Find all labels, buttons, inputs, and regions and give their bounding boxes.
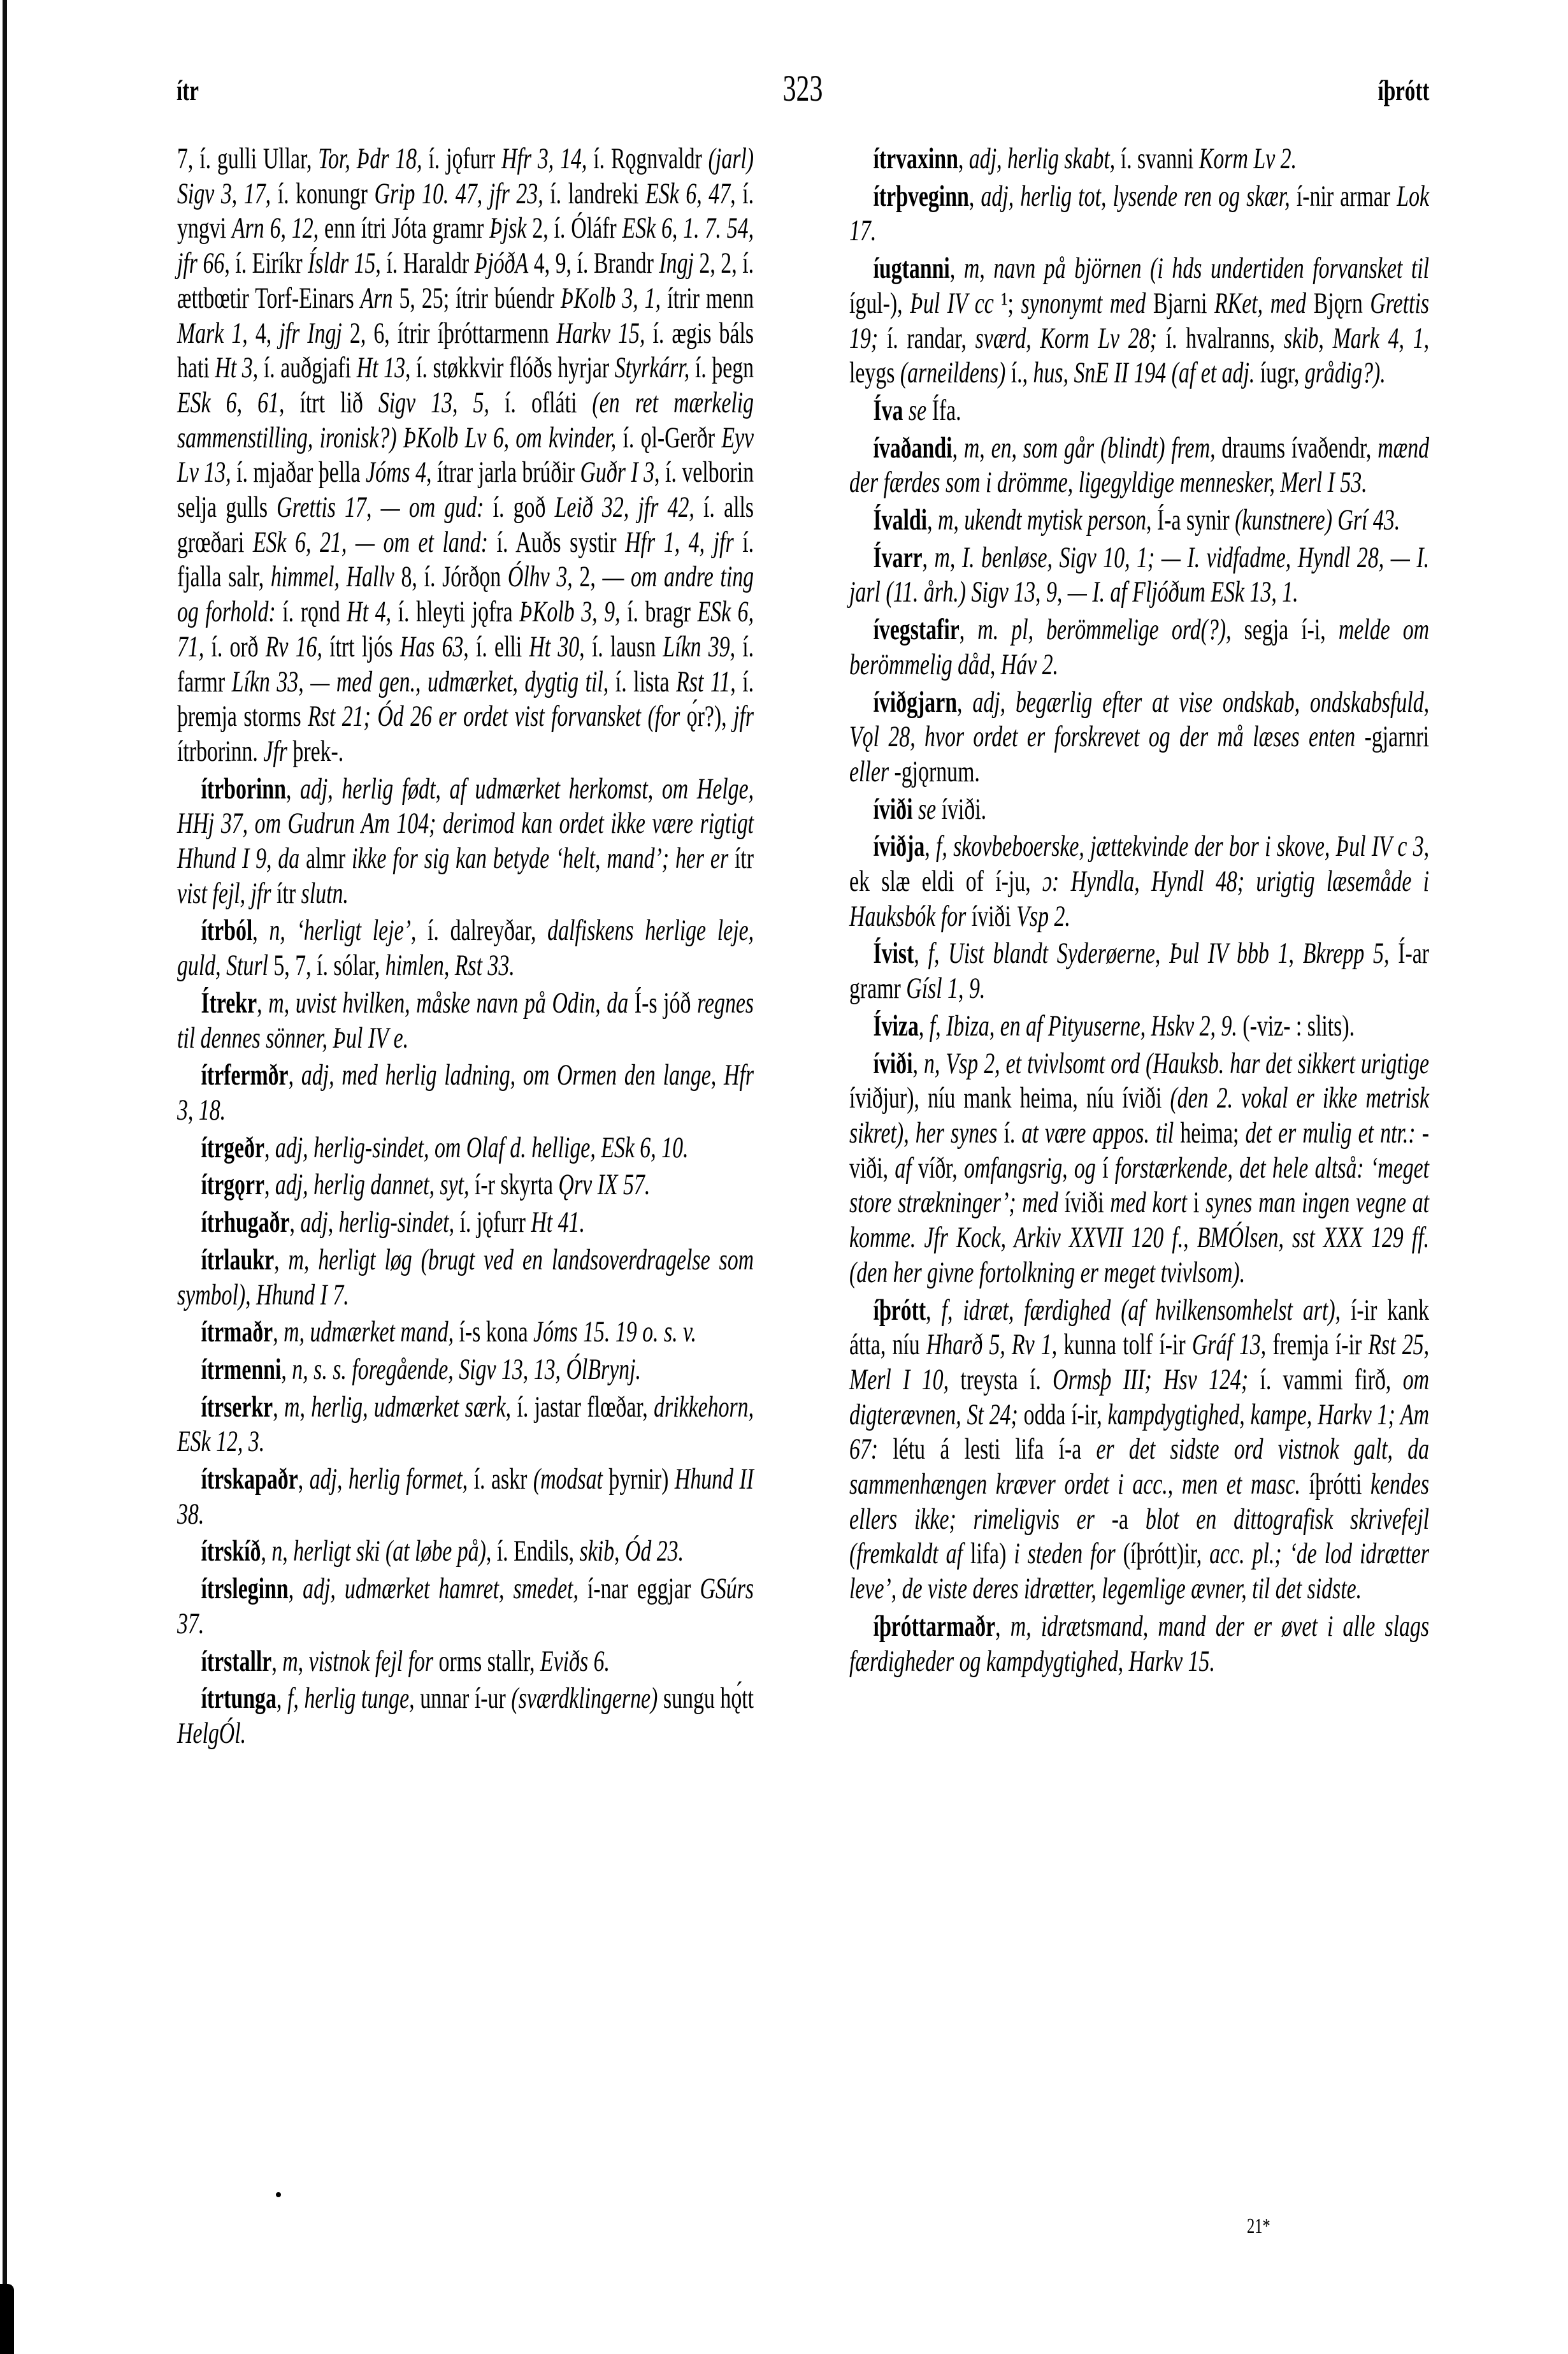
italic-gloss: grådig?).: [1305, 356, 1386, 389]
italic-gloss: n, Vsp 2, et tvivlsomt ord (Hauksb. har …: [924, 1047, 1429, 1080]
roman-text: fremja í-ir: [1266, 1328, 1368, 1361]
roman-text: í. orð: [204, 630, 265, 663]
headword: ítrskíð: [201, 1534, 261, 1568]
headword: ítrstallr: [201, 1645, 271, 1678]
roman-text: í. svanni: [1115, 142, 1199, 175]
italic-gloss: (kunstnere) Grí 43.: [1235, 503, 1400, 537]
headword: ítrból: [201, 914, 252, 947]
signature-mark: 21*: [1247, 2214, 1270, 2239]
italic-gloss: af: [895, 1152, 911, 1185]
roman-text: í. landreki: [543, 177, 645, 210]
dictionary-entry: ítrstallr, m, vistnok fejl for orms stal…: [177, 1644, 754, 1679]
dictionary-entry: íviði, n, Vsp 2, et tvivlsomt ord (Hauks…: [849, 1046, 1429, 1290]
roman-text: í. jastar flœðar,: [511, 1390, 654, 1424]
italic-gloss: Rv 16,: [266, 630, 322, 663]
italic-gloss: m, udmærket mand,: [284, 1315, 454, 1348]
italic-gloss: Líkn 39,: [663, 630, 735, 663]
roman-text: ,: [995, 1610, 1011, 1643]
roman-text: ,: [281, 1353, 292, 1386]
headword: íviðgjarn: [873, 686, 957, 719]
roman-text: Í-a synir: [1152, 503, 1235, 537]
roman-text: íþrótti: [1300, 1468, 1370, 1501]
left-column: 7, í. gulli Ullar, Tor, Þdr 18, í. jǫfur…: [177, 141, 754, 1754]
italic-gloss: Ingj: [659, 247, 694, 280]
italic-gloss: Mark 1,: [177, 317, 248, 350]
headword: íviðja: [873, 830, 924, 863]
italic-gloss: Eviðs 6.: [540, 1645, 610, 1678]
roman-text: í. Endils,: [491, 1534, 579, 1568]
roman-text: ,: [273, 1315, 284, 1348]
italic-gloss: himmel, Hallv: [271, 560, 394, 593]
roman-text: [912, 793, 917, 826]
roman-text: ,: [264, 1168, 275, 1201]
italic-gloss: Ht 3,: [215, 351, 258, 384]
roman-text: unnar í-ur: [415, 1682, 512, 1715]
headword: ítrmaðr: [201, 1315, 273, 1348]
roman-text: í. Rǫgnvaldr: [587, 142, 708, 175]
roman-text: íugr,: [1255, 356, 1305, 389]
italic-gloss: ESk 6, 21, — om et land:: [253, 526, 488, 559]
roman-text: ,: [274, 1243, 288, 1276]
dictionary-entry: íþrótt, f, idræt, færdighed (af hvilkens…: [849, 1293, 1429, 1607]
roman-text: ,: [290, 1206, 301, 1239]
italic-gloss: n, herligt ski (at løbe på),: [271, 1534, 491, 1568]
italic-gloss: himlen, Rst 33.: [385, 949, 515, 982]
roman-text: -gjarnri: [1355, 720, 1429, 753]
italic-gloss: (modsat: [533, 1462, 603, 1496]
roman-text: 2, —: [573, 560, 631, 593]
roman-text: Ífa.: [926, 394, 961, 427]
roman-text: 8, í. Jórðǫn: [394, 560, 508, 593]
italic-gloss: Harkv 15,: [556, 317, 645, 350]
roman-text: í. randar,: [878, 322, 975, 355]
dictionary-entry: íviði se íviði.: [849, 792, 1429, 827]
headword: ítrborinn: [201, 772, 286, 805]
roman-text: ek slæ eldi of í-ju,: [849, 865, 1042, 898]
roman-text: ígul-),: [849, 287, 910, 320]
roman-text: ,: [273, 1390, 284, 1424]
roman-text: í. mjaðar þella: [231, 456, 366, 489]
roman-text: ,: [953, 431, 964, 465]
italic-gloss: Hfr 3, 14,: [501, 142, 587, 175]
roman-text: ,: [958, 142, 969, 175]
roman-text: ítrir menn: [661, 282, 754, 315]
italic-gloss: f, idræt, færdighed (af hvilkensomhelst …: [942, 1294, 1341, 1327]
italic-gloss: se: [909, 394, 926, 427]
italic-gloss: Styrkárr,: [615, 351, 690, 384]
headword: ítrtunga: [201, 1682, 276, 1715]
headword: ítrfermðr: [201, 1058, 288, 1092]
roman-text: ,: [950, 252, 964, 285]
italic-gloss: f, herlig tunge,: [287, 1682, 415, 1715]
roman-text: í. ofláti: [489, 386, 592, 419]
italic-gloss: adj, udmærket hamret, smedet,: [303, 1572, 579, 1605]
italic-gloss: m, uvist hvilken, måske navn på Odin, da: [268, 986, 628, 1020]
page-header: ítr 323 íþrótt: [176, 67, 1429, 112]
roman-text: treysta í.: [949, 1363, 1053, 1396]
italic-gloss: jfr: [733, 700, 754, 733]
italic-gloss: Rst 11,: [676, 665, 736, 698]
italic-gloss: m, I. benløse, Sigv 10, 1; — I. vidfadme…: [849, 541, 1429, 609]
italic-gloss: Gísl 1, 9.: [906, 972, 985, 1005]
italic-gloss: ÞKolb 3, 1,: [561, 282, 661, 315]
roman-text: (íþrótt)ir,: [1116, 1537, 1210, 1570]
roman-text: -gjǫrnum.: [889, 755, 980, 788]
roman-text: í. Auðs systir: [488, 526, 625, 559]
italic-gloss: omfangsrig, og: [964, 1152, 1096, 1185]
roman-text: Í-s jóð: [628, 986, 697, 1020]
roman-text: ítr: [728, 842, 754, 875]
headword: Ítrekr: [201, 986, 257, 1020]
italic-gloss: Jóms 15. 19 o. s. v.: [533, 1315, 696, 1348]
roman-text: leygs: [849, 356, 900, 389]
italic-gloss: Vsp 2.: [1016, 900, 1070, 933]
italic-gloss: Þul IV cc: [910, 287, 994, 320]
guide-word-right: íþrótt: [1377, 73, 1429, 107]
headword: ívaðandi: [873, 431, 952, 465]
italic-gloss: hus, SnE II 194 (af et adj.: [1033, 356, 1255, 389]
dictionary-entry: ítrgǫrr, adj, herlig dannet, syt, í-r sk…: [177, 1167, 754, 1202]
italic-gloss: adj, herlig formet,: [310, 1462, 468, 1496]
roman-text: i: [1187, 1186, 1205, 1219]
speck: [276, 2192, 281, 2197]
dictionary-entry: ítrhugaðr, adj, herlig-sindet, í. jǫfurr…: [177, 1205, 754, 1240]
italic-gloss: Arn: [361, 282, 393, 315]
italic-gloss: Arn 6, 12,: [232, 212, 319, 245]
roman-text: ,: [922, 541, 934, 574]
italic-gloss: Jóms 4,: [366, 456, 431, 489]
roman-text: ,: [271, 1645, 282, 1678]
roman-text: draums ívaðendr,: [1216, 431, 1378, 465]
dictionary-entry: ítrskapaðr, adj, herlig formet, í. askr …: [177, 1462, 754, 1531]
roman-text: í. elli: [469, 630, 529, 663]
italic-gloss: Ǫrv IX 57.: [559, 1168, 651, 1201]
headword: Ívist: [873, 937, 914, 970]
roman-text: ,: [919, 1009, 930, 1043]
italic-gloss: (arneildens): [900, 356, 1005, 389]
italic-gloss: Leið 32, jfr 42,: [555, 491, 694, 524]
dictionary-entry: ítrmenni, n, s. s. foregående, Sigv 13, …: [177, 1352, 754, 1387]
dictionary-entry: ítrborinn, adj, herlig født, af udmærket…: [177, 772, 754, 911]
roman-text: ,: [252, 914, 269, 947]
roman-text: almr: [299, 842, 352, 875]
roman-text: ,: [927, 503, 938, 537]
italic-gloss: Hharð 5, Rv 1,: [926, 1328, 1057, 1361]
italic-gloss: jfr Ingj: [279, 317, 342, 350]
headword: ítrvaxinn: [873, 142, 958, 175]
italic-gloss: sværd, Korm Lv 28;: [975, 322, 1157, 355]
italic-gloss: Jfr: [263, 735, 287, 768]
roman-text: ítrborinn.: [177, 735, 263, 768]
dictionary-entry: ívegstafir, m. pl, berömmelige ord(?), s…: [849, 612, 1429, 682]
italic-gloss: n, s. s. foregående, Sigv 13, 13, ÓlBryn…: [292, 1353, 641, 1386]
roman-text: ,: [264, 1131, 275, 1164]
roman-text: þrek-.: [287, 735, 343, 768]
dictionary-entry: Ívarr, m, I. benløse, Sigv 10, 1; — I. v…: [849, 540, 1429, 610]
italic-gloss: adj, herlig skabt,: [969, 142, 1115, 175]
italic-gloss: adj, herlig tot, lysende ren og skær,: [981, 180, 1290, 213]
italic-gloss: f, Ibiza, en af Pityuserne, Hskv 2, 9.: [930, 1009, 1237, 1043]
italic-gloss: se: [918, 793, 936, 826]
headword: ívegstafir: [873, 613, 959, 646]
italic-gloss: skib, Ód 23.: [579, 1534, 684, 1568]
headword: ítrþveginn: [873, 180, 968, 213]
roman-text: í. auðgjafi: [258, 351, 357, 384]
italic-gloss: ESk 6, 47,: [645, 177, 735, 210]
roman-text: ,: [286, 772, 300, 805]
dictionary-entry: Ítrekr, m, uvist hvilken, måske navn på …: [177, 986, 754, 1055]
roman-text: -a: [1095, 1503, 1146, 1536]
dictionary-entry: ítrsleginn, adj, udmærket hamret, smedet…: [177, 1571, 754, 1641]
dictionary-entry: ítrgeðr, adj, herlig-sindet, om Olaf d. …: [177, 1130, 754, 1166]
italic-gloss: HelgÓl.: [177, 1717, 246, 1750]
italic-gloss: Gráf 13,: [1192, 1328, 1266, 1361]
dictionary-entry: ítrlaukr, m, herligt løg (brugt ved en l…: [177, 1243, 754, 1312]
italic-gloss: adj, herlig-sindet, om Olaf d. hellige, …: [275, 1131, 689, 1164]
headword: íugtanni: [873, 252, 949, 285]
roman-text: í-r skyrta: [469, 1168, 558, 1201]
roman-text: ítrt lið: [284, 386, 378, 419]
italic-gloss: slutn.: [301, 877, 349, 910]
roman-text: (-viz- : slits).: [1237, 1009, 1355, 1043]
italic-gloss: det er mulig et ntr.:: [1246, 1116, 1416, 1150]
roman-text: íviði: [966, 900, 1016, 933]
roman-text: 2, 6, ítrir íþróttarmenn: [342, 317, 557, 350]
roman-text: í-nar eggjar: [579, 1572, 700, 1605]
italic-gloss: n, ‘herligt leje’,: [269, 914, 416, 947]
roman-text: í. dalreyðar,: [416, 914, 547, 947]
dictionary-entry: ítrserkr, m, herlig, udmærket særk, í. j…: [177, 1390, 754, 1459]
italic-gloss: Korm Lv 2.: [1199, 142, 1297, 175]
roman-text: í. støkkvir flóðs hyrjar: [410, 351, 614, 384]
roman-text: ,: [912, 1047, 924, 1080]
roman-text: í. goð: [484, 491, 554, 524]
italic-gloss: Líkn 33, — med gen., udmærket, dygtig ti…: [232, 665, 609, 698]
headword: íþróttarmaðr: [873, 1610, 995, 1643]
roman-text: 7, í. gulli Ullar,: [177, 142, 318, 175]
headword: ítrgeðr: [201, 1131, 264, 1164]
headword: ítrmenni: [201, 1353, 281, 1386]
roman-text: í. jǫfurr: [454, 1206, 531, 1239]
roman-text: ǫ́r?),: [680, 700, 733, 733]
italic-gloss: Ht 13,: [357, 351, 411, 384]
roman-text: orms stallr,: [433, 1645, 540, 1678]
italic-gloss: m, ukendt mytisk person,: [938, 503, 1152, 537]
roman-text: 5, 25; ítrir búendr: [392, 282, 560, 315]
italic-gloss: Þjsk: [489, 212, 526, 245]
italic-gloss: i steden for: [1014, 1537, 1115, 1570]
headword: íviði: [873, 793, 912, 826]
roman-text: í. lausn: [585, 630, 663, 663]
roman-text: í-s kona: [454, 1315, 533, 1348]
roman-text: ,: [926, 1294, 941, 1327]
headword: ítrlaukr: [201, 1243, 274, 1276]
roman-text: ítr: [271, 877, 301, 910]
italic-gloss: Ormsþ III; Hsv 124;: [1053, 1363, 1248, 1396]
headword: íþrótt: [873, 1294, 926, 1327]
italic-gloss: m. pl, berömmelige ord(?),: [977, 613, 1231, 646]
roman-text: ítrt ljós: [322, 630, 400, 663]
italic-gloss: m, navn på björnen (i hds undertiden for…: [964, 252, 1429, 285]
headword: Íva: [873, 394, 903, 427]
italic-gloss: Ht 4,: [347, 595, 391, 628]
right-column-entries: ítrvaxinn, adj, herlig skabt, í. svanni …: [849, 141, 1429, 1679]
roman-text: 4, 9, í. Brandr: [528, 247, 659, 280]
italic-gloss: Grettis 17, — om gud:: [277, 491, 484, 524]
italic-gloss: synonymt med: [1021, 287, 1146, 320]
roman-text: íviði.: [936, 793, 986, 826]
roman-text: ,: [914, 937, 928, 970]
italic-gloss: skib, Mark 4, 1,: [1284, 322, 1429, 355]
roman-text: Bjǫrn: [1306, 287, 1370, 320]
roman-text: enn ítri Jóta gramr: [319, 212, 489, 245]
roman-text: í. rǫnd: [276, 595, 347, 628]
roman-text: í. bragr: [621, 595, 698, 628]
dictionary-entry: ítrtunga, f, herlig tunge, unnar í-ur (s…: [177, 1681, 754, 1751]
headword: ítrgǫrr: [201, 1168, 264, 1201]
italic-gloss: Ólhv 3,: [508, 560, 573, 593]
roman-text: í: [1096, 1152, 1115, 1185]
roman-text: ,: [261, 1534, 271, 1568]
roman-text: létu á lesti lifa í-a: [878, 1433, 1096, 1466]
entry-continuation: 7, í. gulli Ullar, Tor, Þdr 18, í. jǫfur…: [177, 141, 754, 769]
dictionary-entry: Íva se Ífa.: [849, 393, 1429, 428]
roman-text: segja í-i,: [1232, 613, 1339, 646]
roman-text: þyrnir): [603, 1462, 675, 1496]
headword: ítrskapaðr: [201, 1462, 298, 1496]
italic-gloss: f, skovbeboerske, jættekvinde der bor i …: [936, 830, 1429, 863]
roman-text: ,: [298, 1462, 310, 1496]
dictionary-entry: Íviza, f, Ibiza, en af Pityuserne, Hskv …: [849, 1009, 1429, 1044]
roman-text: víðr,: [912, 1152, 964, 1185]
roman-text: 2, í. Óláfr: [526, 212, 622, 245]
roman-text: [903, 394, 908, 427]
roman-text: í. jǫfurr: [422, 142, 501, 175]
scan-left-edge: [3, 0, 7, 2354]
italic-gloss: at være appos. til: [1021, 1116, 1174, 1150]
italic-gloss: ESk 6, 61,: [177, 386, 284, 419]
roman-text: í. Eiríkr: [230, 247, 308, 280]
headword: íviði: [873, 1047, 912, 1080]
roman-text: ,: [289, 1058, 301, 1092]
roman-text: Bjarni: [1146, 287, 1214, 320]
dictionary-entry: íþróttarmaðr, m, idrætsmand, mand der er…: [849, 1609, 1429, 1679]
guide-word-left: ítr: [176, 73, 199, 107]
roman-text: í-nir armar: [1290, 180, 1397, 213]
italic-gloss: Grip 10. 47, jfr 23,: [375, 177, 543, 210]
dictionary-entry: íugtanni, m, navn på björnen (i hds unde…: [849, 251, 1429, 391]
italic-gloss: eller: [849, 755, 889, 788]
dictionary-entry: ítrvaxinn, adj, herlig skabt, í. svanni …: [849, 141, 1429, 177]
headword: ítrhugaðr: [201, 1206, 289, 1239]
roman-text: ítrar jarla brúðir: [431, 456, 580, 489]
right-column: ítrvaxinn, adj, herlig skabt, í. svanni …: [849, 141, 1429, 1681]
dictionary-entry: Ívist, f, Uist blandt Syderøerne, Þul IV…: [849, 936, 1429, 1006]
roman-text: odda í-ir,: [1018, 1398, 1108, 1431]
italic-gloss: adj, herlig dannet, syt,: [275, 1168, 470, 1201]
roman-text: ,: [277, 1682, 287, 1715]
italic-gloss: m, herlig, udmærket særk,: [284, 1390, 511, 1424]
roman-text: heima;: [1174, 1116, 1245, 1150]
dictionary-entry: ívaðandi, m, en, som går (blindt) frem, …: [849, 431, 1429, 500]
roman-text: lifa): [963, 1537, 1014, 1570]
italic-gloss: Sigv 13, 5,: [378, 386, 489, 419]
roman-text: ¹;: [994, 287, 1021, 320]
headword: ítrsleginn: [201, 1572, 288, 1605]
roman-text: í. hleyti jǫfra: [391, 595, 519, 628]
italic-gloss: f, Uist blandt Syderøerne, Þul IV bbb 1,…: [928, 937, 1390, 970]
roman-text: ,: [289, 1572, 303, 1605]
italic-gloss: Rst 21; Ód 26 er ordet vist forvansket (…: [308, 700, 680, 733]
dictionary-entry: ítrskíð, n, herligt ski (at løbe på), í.…: [177, 1534, 754, 1569]
roman-text: í. þegn: [689, 351, 754, 384]
italic-gloss: (sværdklingerne): [511, 1682, 658, 1715]
italic-gloss: Hfr 1, 4, jfr: [625, 526, 734, 559]
roman-text: í.: [997, 1116, 1021, 1150]
roman-text: kunna tolf í-ir: [1057, 1328, 1192, 1361]
dictionary-entry: ítrþveginn, adj, herlig tot, lysende ren…: [849, 179, 1429, 249]
roman-text: 4,: [248, 317, 280, 350]
italic-gloss: ÞKolb 3, 9,: [519, 595, 620, 628]
roman-text: 5, 7, í. sólar,: [268, 949, 385, 982]
headword: Ívarr: [873, 541, 922, 574]
roman-text: í. Haraldr: [381, 247, 475, 280]
italic-gloss: med kort: [1110, 1186, 1187, 1219]
roman-text: í. vammi firð,: [1248, 1363, 1403, 1396]
headword: Ívaldi: [873, 503, 927, 537]
dictionary-entry: ítrfermðr, adj, med herlig ladning, om O…: [177, 1058, 754, 1127]
page-number: 323: [783, 67, 823, 110]
italic-gloss: adj, herlig-sindet,: [300, 1206, 454, 1239]
roman-text: ,: [960, 613, 978, 646]
dictionary-entry: íviðgjarn, adj, begærlig efter at vise o…: [849, 685, 1429, 790]
roman-text: í. ǫl-Gerðr: [616, 421, 721, 454]
roman-text: í. hvalranns,: [1157, 322, 1284, 355]
italic-gloss: Ísldr 15,: [308, 247, 381, 280]
roman-text: íviðjur), níu mank heima, níu íviði: [849, 1081, 1170, 1115]
dictionary-entry: ítrból, n, ‘herligt leje’, í. dalreyðar,…: [177, 913, 754, 983]
dictionary-entry: Ívaldi, m, ukendt mytisk person, Í-a syn…: [849, 503, 1429, 538]
italic-gloss: Has 63,: [400, 630, 469, 663]
italic-gloss: Ht 41.: [531, 1206, 585, 1239]
roman-text: ,: [257, 986, 268, 1020]
italic-gloss: m, vistnok fejl for: [282, 1645, 433, 1678]
headword: ítrserkr: [201, 1390, 273, 1424]
italic-gloss: RKet, med: [1214, 287, 1306, 320]
dictionary-entry: ítrmaðr, m, udmærket mand, í-s kona Jóms…: [177, 1315, 754, 1350]
headword: Íviza: [873, 1009, 918, 1043]
italic-gloss: ÞjóðA: [475, 247, 529, 280]
left-column-entries: 7, í. gulli Ullar, Tor, Þdr 18, í. jǫfur…: [177, 141, 754, 1751]
roman-text: ,: [969, 180, 981, 213]
dictionary-entry: íviðja, f, skovbeboerske, jættekvinde de…: [849, 829, 1429, 934]
italic-gloss: Tor, Þdr 18,: [318, 142, 422, 175]
roman-text: í. konungr: [271, 177, 374, 210]
italic-gloss: vist fejl, jfr: [177, 877, 271, 910]
italic-gloss: ikke for sig kan betyde ‘helt, mand’; he…: [352, 842, 728, 875]
roman-text: í.,: [1005, 356, 1033, 389]
roman-text: í. lista: [608, 665, 676, 698]
roman-text: sungu hǫ́tt: [658, 1682, 754, 1715]
scan-edge-shadow: [0, 2284, 14, 2354]
roman-text: í. askr: [468, 1462, 533, 1496]
italic-gloss: Ht 30,: [529, 630, 584, 663]
roman-text: ,: [957, 686, 972, 719]
italic-gloss: m, en, som går (blindt) frem,: [964, 431, 1216, 465]
roman-text: ,: [924, 830, 936, 863]
italic-gloss: Guðr I 3,: [580, 456, 659, 489]
roman-text: íviði: [1058, 1186, 1111, 1219]
